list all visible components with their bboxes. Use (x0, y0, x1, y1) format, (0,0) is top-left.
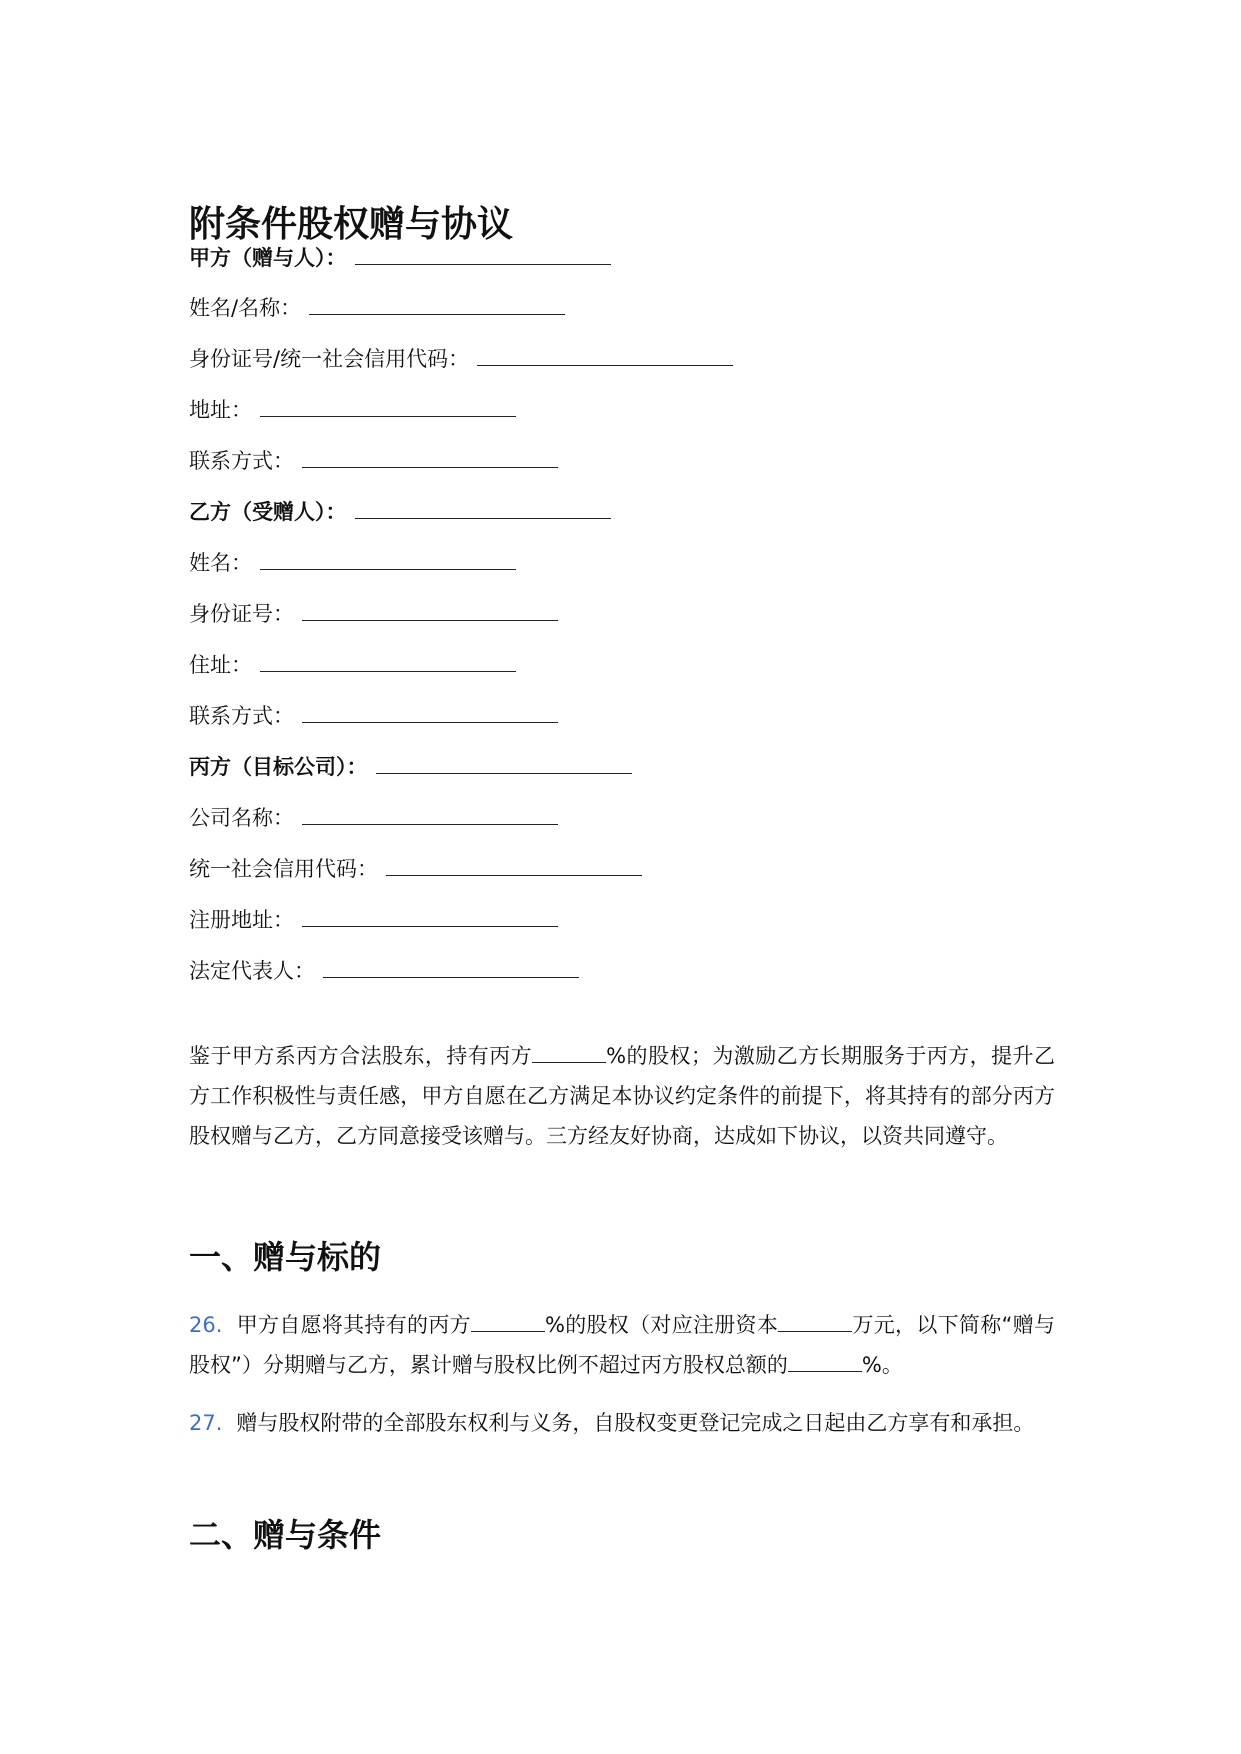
party-c-legal-rep-blank[interactable] (323, 957, 579, 978)
party-c-legal-rep-field: 法定代表人： (189, 957, 579, 985)
clause-number: 27. (189, 1411, 222, 1435)
party-a-blank[interactable] (355, 244, 611, 265)
party-a-id-blank[interactable] (477, 345, 733, 366)
party-c-company-name-blank[interactable] (302, 804, 558, 825)
cumulative-percent-blank[interactable] (788, 1353, 862, 1372)
gift-percent-blank[interactable] (471, 1313, 545, 1332)
party-c-label: 丙方（目标公司）： (189, 755, 368, 779)
party-b-address-field: 住址： (189, 651, 516, 679)
clause-27: 27.赠与股权附带的全部股东权利与义务，自股权变更登记完成之日起由乙方享有和承担… (189, 1403, 1055, 1443)
section-1-heading: 一、赠与标的 (189, 1232, 381, 1278)
party-c-company-name-field: 公司名称： (189, 804, 558, 832)
party-b-label: 乙方（受赠人）： (189, 500, 347, 524)
party-b-contact-field: 联系方式： (189, 702, 558, 730)
party-a-contact-field: 联系方式： (189, 447, 558, 475)
preamble-paragraph: 鉴于甲方系丙方合法股东，持有丙方%的股权；为激励乙方长期服务于丙方，提升乙方工作… (189, 1036, 1055, 1156)
clause-number: 26. (189, 1313, 222, 1337)
party-a-heading: 甲方（赠与人）： (189, 244, 611, 272)
party-b-contact-blank[interactable] (302, 702, 558, 723)
party-c-credit-code-blank[interactable] (386, 855, 642, 876)
party-b-name-blank[interactable] (260, 549, 516, 570)
party-a-address-blank[interactable] (260, 396, 516, 417)
party-c-address-field: 注册地址： (189, 906, 558, 934)
document-title: 附条件股权赠与协议 (189, 196, 513, 247)
party-b-address-blank[interactable] (260, 651, 516, 672)
party-c-address-blank[interactable] (302, 906, 558, 927)
party-a-name-blank[interactable] (309, 294, 565, 315)
party-b-name-field: 姓名： (189, 549, 516, 577)
section-2-heading: 二、赠与条件 (189, 1510, 381, 1556)
party-b-id-field: 身份证号： (189, 600, 558, 628)
party-b-id-blank[interactable] (302, 600, 558, 621)
party-a-contact-blank[interactable] (302, 447, 558, 468)
party-c-credit-code-field: 统一社会信用代码： (189, 855, 642, 883)
party-a-address-field: 地址： (189, 396, 516, 424)
party-b-heading: 乙方（受赠人）： (189, 498, 611, 526)
party-a-label: 甲方（赠与人）： (189, 246, 347, 270)
registered-capital-blank[interactable] (778, 1313, 852, 1332)
clause-26: 26.甲方自愿将其持有的丙方%的股权（对应注册资本万元，以下简称“赠与股权”）分… (189, 1305, 1055, 1385)
preamble-percent-blank[interactable] (532, 1044, 606, 1063)
party-b-blank[interactable] (355, 498, 611, 519)
party-c-blank[interactable] (376, 753, 632, 774)
party-c-heading: 丙方（目标公司）： (189, 753, 632, 781)
party-a-id-field: 身份证号/统一社会信用代码： (189, 345, 733, 373)
party-a-name-field: 姓名/名称： (189, 294, 565, 322)
